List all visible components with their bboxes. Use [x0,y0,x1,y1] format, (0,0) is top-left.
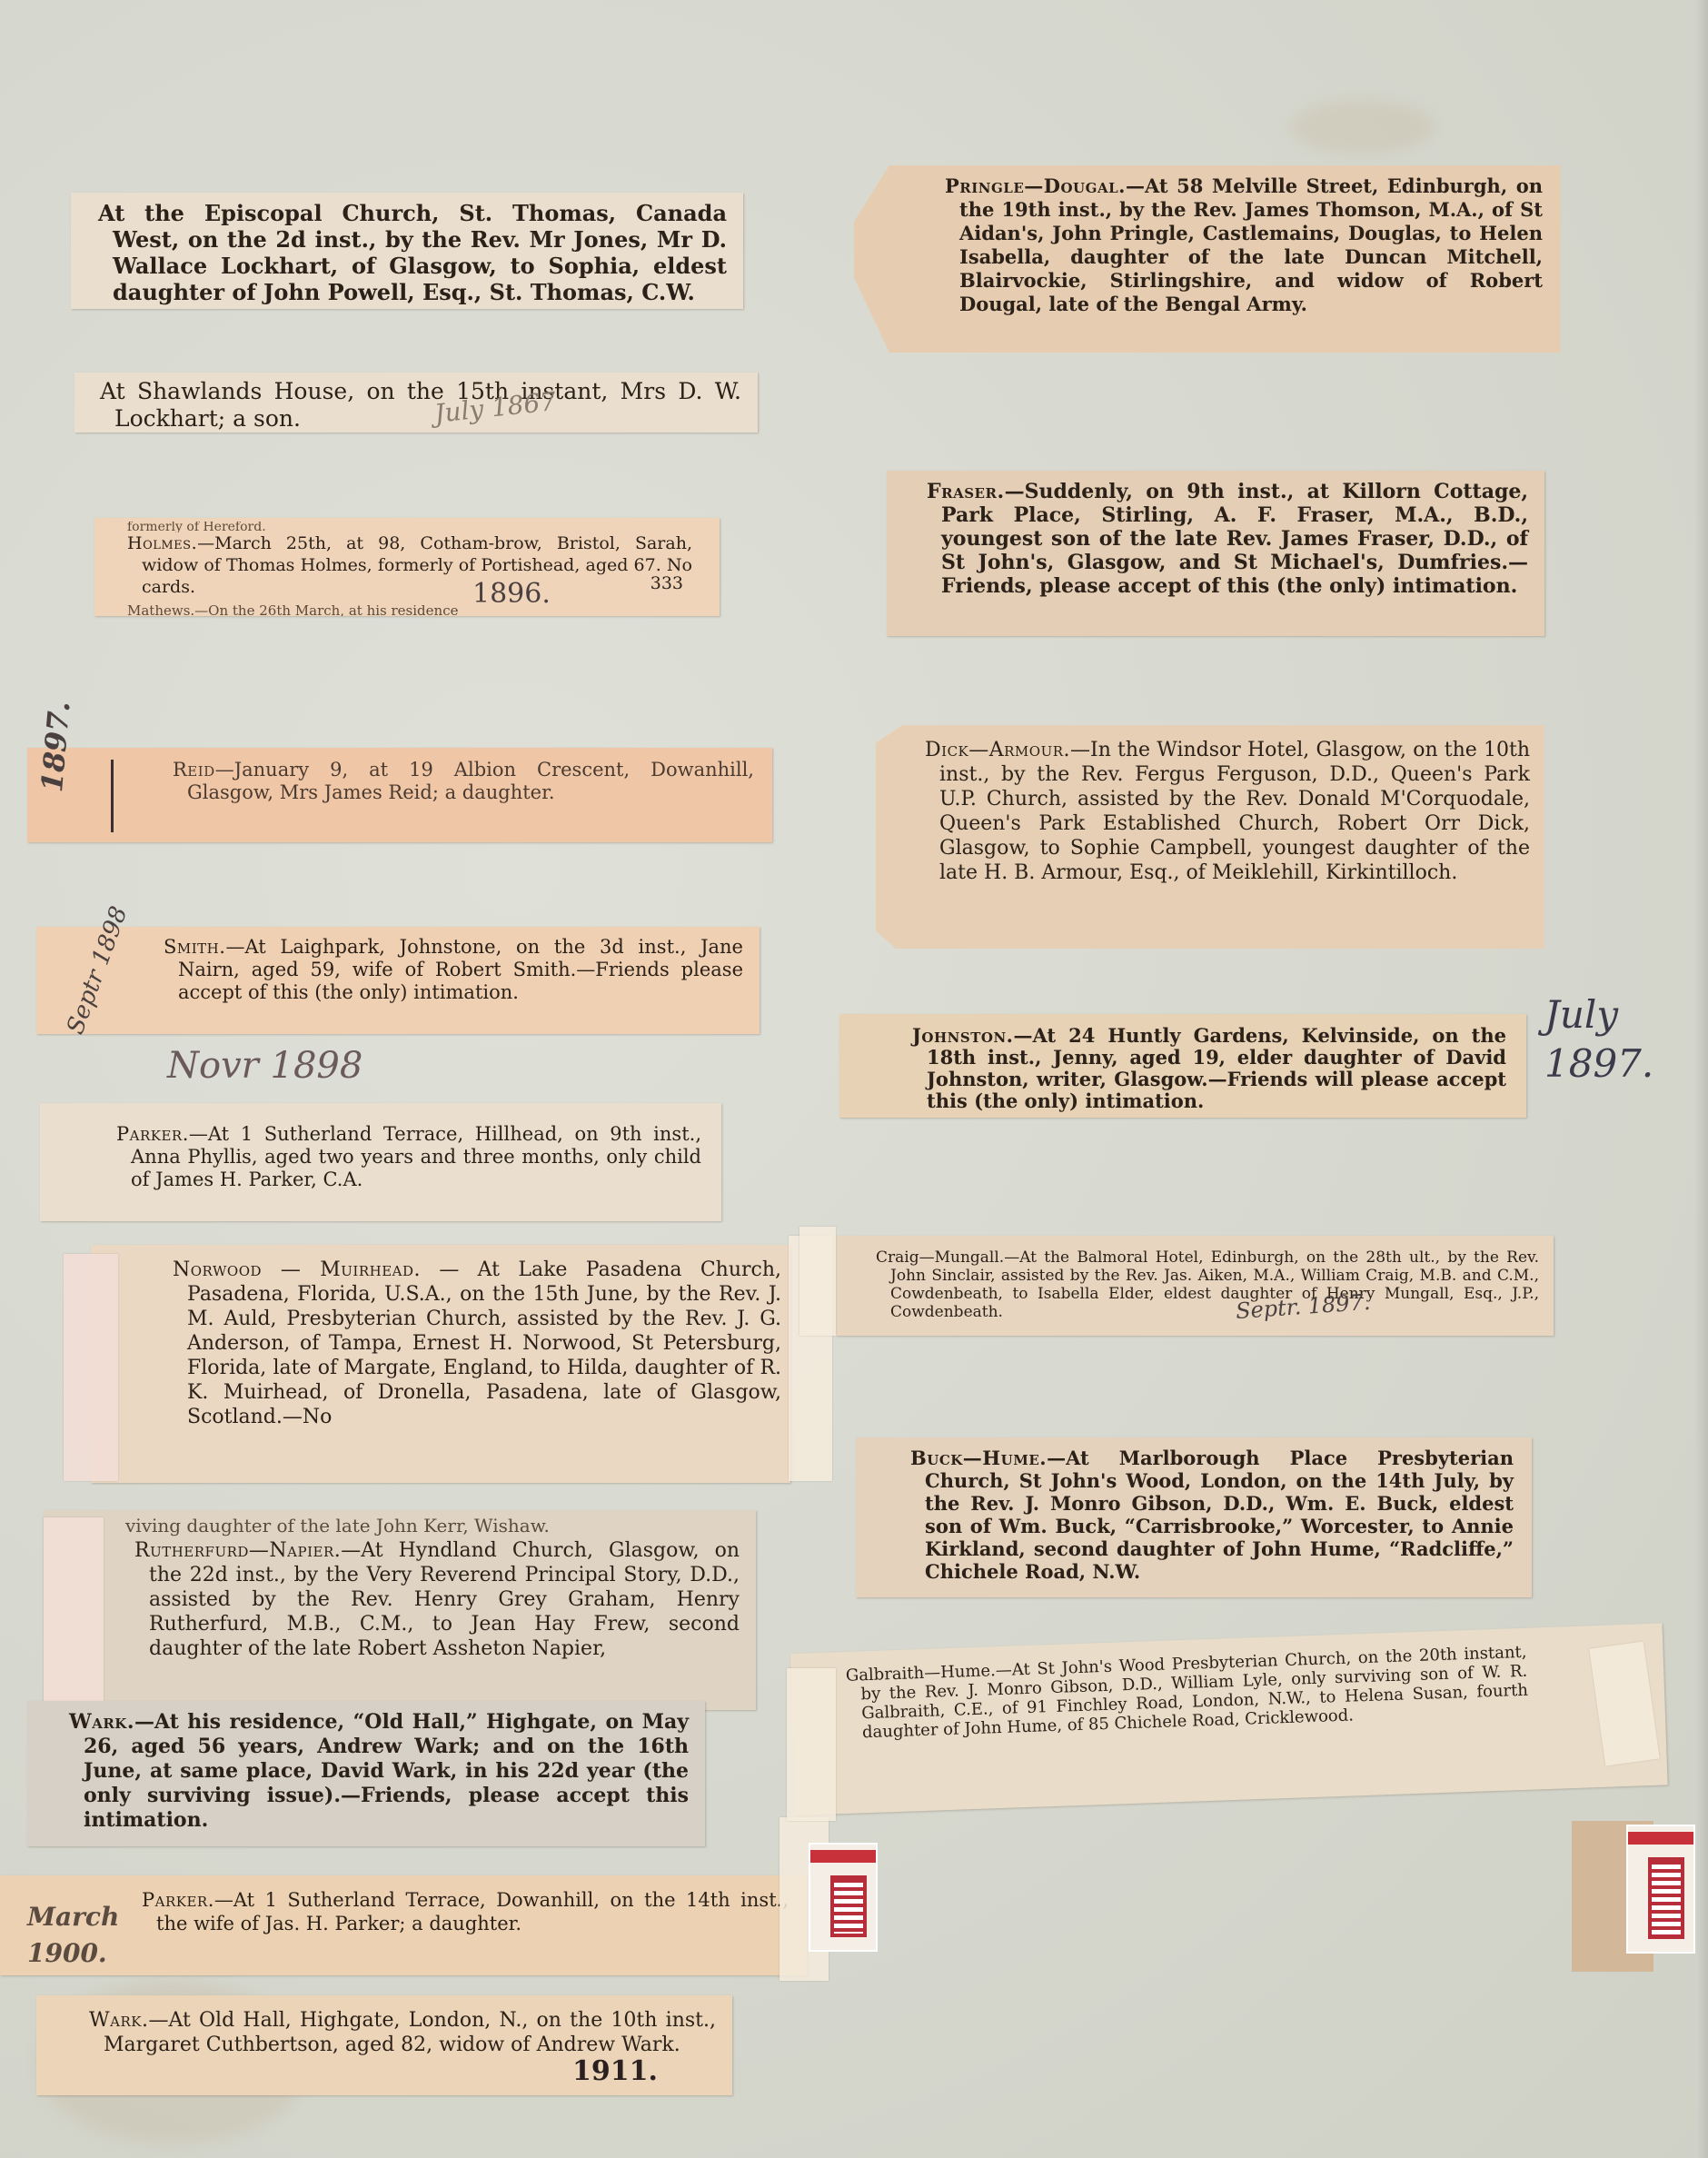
clipping-pringle-dougal-marriage: Pringle—Dougal.—At 58 Melville Street, E… [854,165,1561,353]
clipping-fragment: viving daughter of the late John Kerr, W… [125,1514,740,1538]
handwritten-rule [111,760,114,832]
clipping-johnston-death: Johnston.—At 24 Huntly Gardens, Kelvinsi… [839,1014,1526,1118]
clipping-text: Wark.—At his residence, “Old Hall,” High… [69,1710,689,1833]
paper-stain [1290,100,1435,154]
clipping-lockhart-birth: At Shawlands House, on the 15th instant,… [74,373,758,433]
clipping-reid-birth: Reid—January 9, at 19 Albion Crescent, D… [27,748,772,842]
mounting-tape [799,1227,836,1336]
clipping-galbraith-hume-marriage: Galbraith—Hume.—At St John's Wood Presby… [790,1623,1668,1815]
clipping-dick-armour-marriage: Dick—Armour.—In the Windsor Hotel, Glasg… [876,725,1544,949]
mounting-tape [64,1254,118,1481]
clipping-norwood-muirhead-marriage: Norwood — Muirhead. — At Lake Pasadena C… [91,1245,790,1483]
stamp-bar [810,1850,876,1863]
clipping-lockhart-marriage: At the Episcopal Church, St. Thomas, Can… [71,193,743,309]
clipping-text: Johnston.—At 24 Huntly Gardens, Kelvinsi… [912,1025,1506,1112]
stamp-left [809,1843,878,1952]
clipping-fragment: formerly of Hereford. [127,522,692,532]
stamp-pattern [830,1875,867,1937]
clipping-text: Buck—Hume.—At Marlborough Place Presbyte… [910,1447,1514,1583]
clipping-text: Pringle—Dougal.—At 58 Melville Street, E… [945,174,1543,316]
handwritten-date: March 1900. [27,1899,127,1972]
clipping-text: Craig—Mungall.—At the Balmoral Hotel, Ed… [876,1248,1539,1321]
clipping-text: Parker.—At 1 Sutherland Terrace, Hillhea… [116,1123,701,1191]
clipping-text: Dick—Armour.—In the Windsor Hotel, Glasg… [925,738,1530,885]
clipping-buck-hume-marriage: Buck—Hume.—At Marlborough Place Presbyte… [856,1437,1532,1597]
mounting-tape [44,1517,104,1708]
clipping-fraser-death: Fraser.—Suddenly, on 9th inst., at Killo… [887,471,1544,636]
clipping-rutherfurd-napier-marriage: viving daughter of the late John Kerr, W… [44,1510,756,1710]
page-edge [1695,0,1708,2158]
clipping-number: 333 [650,572,683,594]
clipping-text: Norwood — Muirhead. — At Lake Pasadena C… [173,1258,781,1429]
clipping-text: Reid—January 9, at 19 Albion Crescent, D… [173,759,754,804]
clipping-text: Galbraith—Hume.—At St John's Wood Presby… [846,1643,1529,1743]
clipping-text: Holmes.—March 25th, at 98, Cotham-brow, … [127,532,692,598]
clipping-parker-death: Parker.—At 1 Sutherland Terrace, Hillhea… [40,1103,721,1221]
clipping-craig-mungall-marriage: Craig—Mungall.—At the Balmoral Hotel, Ed… [836,1236,1554,1336]
clipping-holmes-death: formerly of Hereford. Holmes.—March 25th… [94,518,720,616]
stamp-pattern [1648,1857,1684,1939]
scrapbook-page: { "page": { "type": "scrapbook page of n… [0,0,1708,2158]
mounting-tape [787,1668,836,1821]
handwritten-date: July 1897. [1544,990,1653,1089]
handwritten-date: 1896. [472,578,551,610]
clipping-text: Wark.—At Old Hall, Highgate, London, N.,… [89,2008,716,2057]
clipping-text: Parker.—At 1 Sutherland Terrace, Dowanhi… [142,1888,789,1935]
handwritten-date: 1911. [572,2055,658,2087]
clipping-text: Smith.—At Laighpark, Johnstone, on the 3… [164,936,743,1004]
clipping-text: At the Episcopal Church, St. Thomas, Can… [98,200,727,305]
handwritten-date: Novr 1898 [167,1045,362,1087]
clipping-smith-death: Smith.—At Laighpark, Johnstone, on the 3… [36,927,760,1034]
clipping-text: Rutherfurd—Napier.—At Hyndland Church, G… [134,1538,740,1661]
clipping-text: At Shawlands House, on the 15th instant,… [100,378,741,433]
stamp-bar [1628,1832,1693,1845]
clipping-wark-death-1: Wark.—At his residence, “Old Hall,” High… [27,1701,705,1846]
clipping-fragment: Mathews.—On the 26th March, at his resid… [127,600,458,616]
clipping-text: Fraser.—Suddenly, on 9th inst., at Killo… [927,480,1528,598]
stamp-right [1626,1825,1695,1954]
